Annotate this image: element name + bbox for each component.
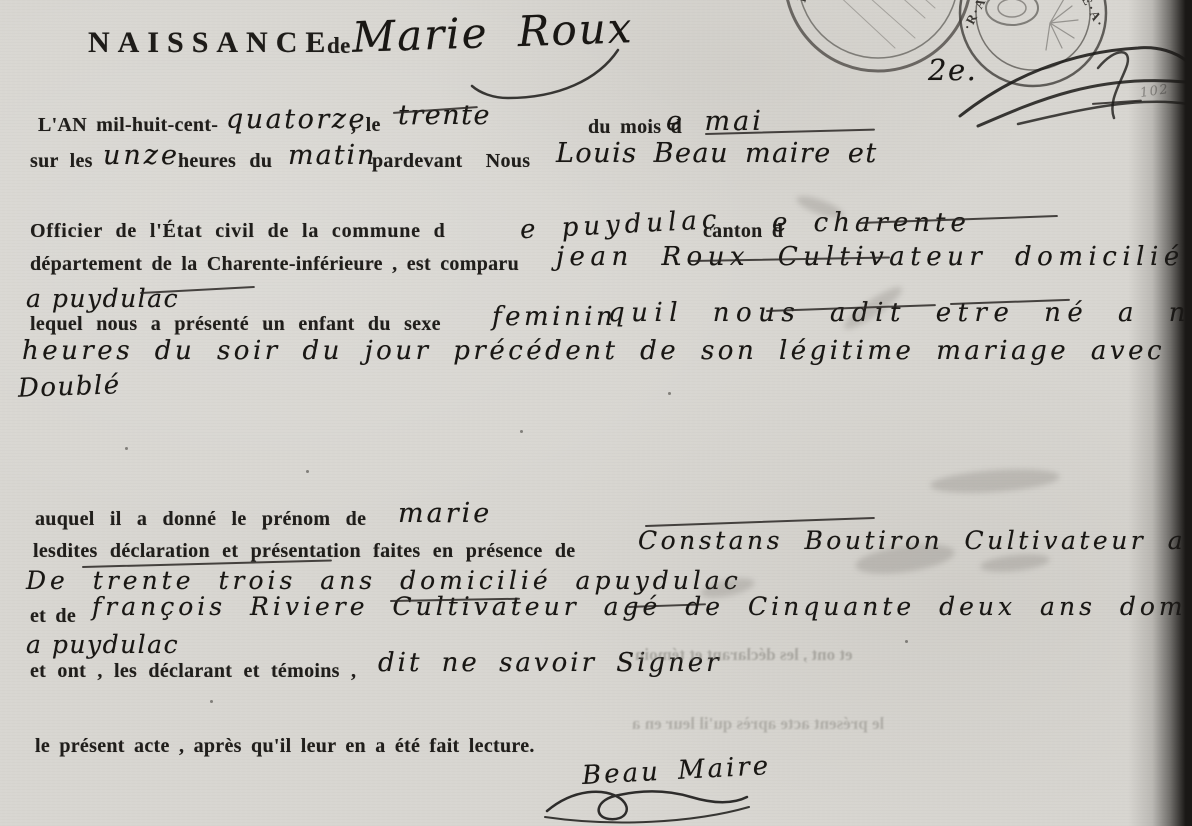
ink-speck bbox=[125, 447, 128, 450]
handwritten-prenom: marie bbox=[398, 498, 492, 529]
printed-hour-prefix: sur les bbox=[30, 150, 93, 173]
printed-pardevant-nous: pardevant Nous bbox=[372, 150, 530, 173]
ghost-bleedthrough-line: le présent acte après qu'il leur en a bbox=[632, 714, 884, 734]
handwritten-residence: a puydulac bbox=[26, 284, 179, 313]
printed-departement-line: département de la Charente-inférieure , … bbox=[30, 253, 519, 276]
printed-heures-du: heures du bbox=[178, 150, 272, 173]
handwritten-birth-declaration: quil nous adit etre né a neuf bbox=[608, 298, 1192, 328]
title-connector: de bbox=[327, 33, 351, 59]
stamp-left-rim-text: DEP.D bbox=[794, 0, 822, 4]
ink-speck bbox=[520, 430, 523, 433]
handwritten-witness2-residence: a puydulac bbox=[26, 630, 179, 659]
birth-certificate-scan: NAISSANCE de Marie Roux DEP.D ·R·A– NAIR… bbox=[0, 0, 1192, 826]
printed-closing-line: le présent acte , après qu'il leur en a … bbox=[35, 735, 535, 758]
printed-sexe-prefix: lequel nous a présenté un enfant du sexe bbox=[30, 313, 441, 336]
handwritten-mother-surname: Doublé bbox=[18, 370, 122, 404]
smudge bbox=[929, 465, 1060, 496]
printed-prenom-prefix: auquel il a donné le prénom de bbox=[35, 508, 366, 531]
handwritten-hour: unze bbox=[103, 140, 180, 171]
ghost-bleedthrough-line: et ont , les déclarant et témoin bbox=[635, 645, 853, 665]
handwritten-witness2: françois Riviere Cultivateur agé de Cinq… bbox=[92, 592, 1192, 621]
printed-signing-prefix: et ont , les déclarant et témoins , bbox=[30, 660, 356, 683]
name-flourish-tail bbox=[468, 46, 623, 104]
handwritten-officiant: Louis Beau maire et bbox=[556, 138, 878, 169]
handwritten-sexe: feminin bbox=[492, 302, 616, 332]
stamp-right-rim-text-right: NAIRE·A· bbox=[1059, 0, 1108, 30]
handwritten-commune: e puydulac bbox=[519, 205, 722, 246]
printed-year-prefix: L'AN mil-huit-cent- bbox=[38, 114, 218, 137]
printed-et-de: et de bbox=[30, 605, 76, 628]
ink-speck bbox=[210, 700, 213, 703]
signature-flourish bbox=[543, 779, 751, 825]
printed-commune-prefix: Officier de l'État civil de la commune d bbox=[30, 220, 446, 243]
document-title: NAISSANCE bbox=[88, 26, 333, 60]
handwritten-period: matin bbox=[288, 140, 377, 171]
ink-speck bbox=[306, 470, 309, 473]
handwritten-year: quatorze bbox=[226, 104, 367, 135]
printed-le: , le bbox=[351, 114, 381, 137]
page-edge-shadow bbox=[1128, 0, 1192, 826]
ink-speck bbox=[905, 640, 908, 643]
handwritten-birth-details: heures du soir du jour précédent de son … bbox=[22, 336, 1192, 366]
ink-speck bbox=[668, 392, 671, 395]
handwritten-witness1-age: De trente trois ans domicilié apuydulac bbox=[26, 566, 742, 595]
handwritten-day: trente bbox=[398, 100, 491, 131]
